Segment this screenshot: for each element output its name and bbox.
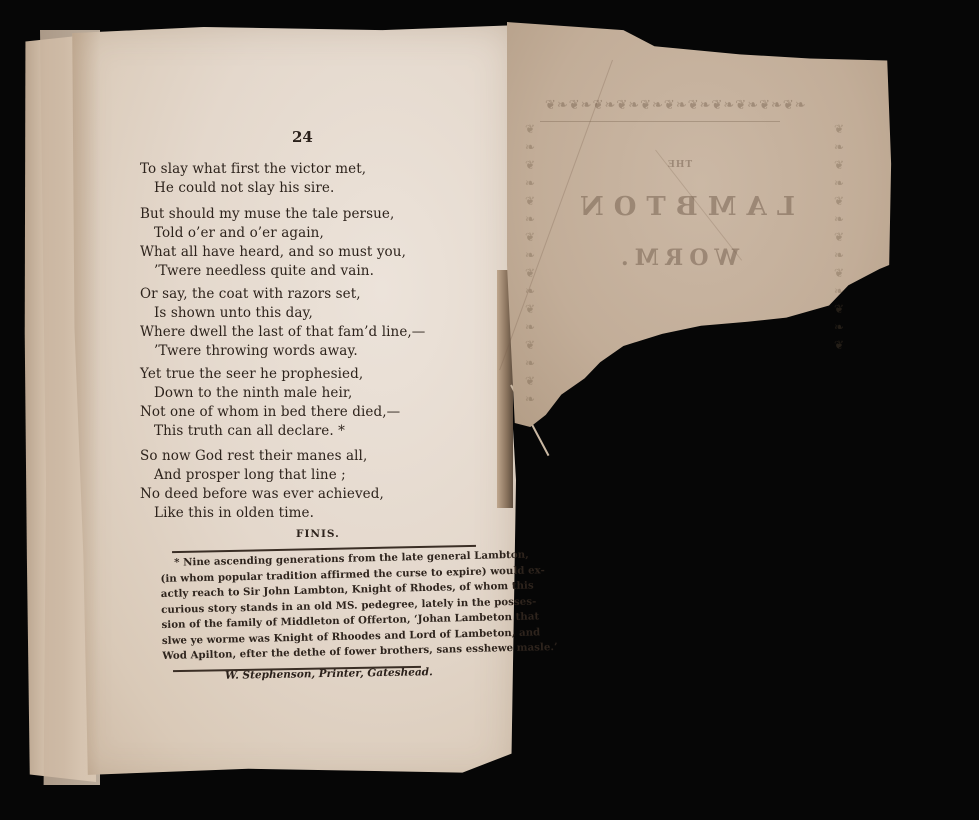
- show-through-the: THE: [667, 160, 692, 170]
- verse-line: To slay what first the victor met,: [140, 160, 480, 179]
- verse-line: ’Twere throwing words away.: [140, 342, 480, 361]
- ornament-rule: [540, 121, 780, 122]
- ornament-border-left: ❦ ❧ ❦ ❧ ❦ ❧ ❦ ❧ ❦ ❧ ❦ ❧ ❦ ❧ ❦ ❧: [523, 120, 537, 420]
- verse-line: So now God rest their manes all,: [140, 447, 480, 466]
- verse-line: This truth can all declare. *: [140, 422, 480, 441]
- show-through-title: LAMBTON: [570, 192, 795, 222]
- page-number: 24: [292, 128, 313, 146]
- verse-line: ’Twere needless quite and vain.: [140, 262, 480, 281]
- verse-line: But should my muse the tale persue,: [140, 205, 480, 224]
- stanza-3: Or say, the coat with razors set, Is sho…: [140, 285, 480, 361]
- verse-line: Like this in olden time.: [140, 504, 480, 523]
- finis-mark: FINIS.: [296, 528, 340, 540]
- photo-background: 24 To slay what first the victor met, He…: [0, 0, 979, 820]
- verse-line: Is shown unto this day,: [140, 304, 480, 323]
- verse-line: Not one of whom in bed there died,—: [140, 403, 480, 422]
- footnote: * Nine ascending generations from the la…: [160, 549, 482, 665]
- stanza-1: To slay what first the victor met, He co…: [140, 160, 480, 198]
- ornament-border-top: ❦❧❦❧❦❧❦❧❦❧❦❧❦❧❦❧❦❧❦❧❦❧: [545, 98, 841, 112]
- stanza-5: So now God rest their manes all, And pro…: [140, 447, 480, 523]
- stanza-2: But should my muse the tale persue, Told…: [140, 205, 480, 281]
- verse-line: Or say, the coat with razors set,: [140, 285, 480, 304]
- ornament-border-right: ❦ ❧ ❦ ❧ ❦ ❧ ❦ ❧ ❦ ❧ ❦ ❧ ❦ ❧ ❦ ❧: [832, 120, 846, 360]
- verse-line: What all have heard, and so must you,: [140, 243, 480, 262]
- verse-line: Told o’er and o’er again,: [140, 224, 480, 243]
- verse-line: He could not slay his sire.: [140, 179, 480, 198]
- verse-line: Yet true the seer he prophesied,: [140, 365, 480, 384]
- verse-line: No deed before was ever achieved,: [140, 485, 480, 504]
- show-through-subtitle: WORM.: [615, 245, 739, 271]
- verse-line: And prosper long that line ;: [140, 466, 480, 485]
- stanza-4: Yet true the seer he prophesied, Down to…: [140, 365, 480, 441]
- verse-line: Down to the ninth male heir,: [140, 384, 480, 403]
- verse-line: Where dwell the last of that fam’d line,…: [140, 323, 480, 342]
